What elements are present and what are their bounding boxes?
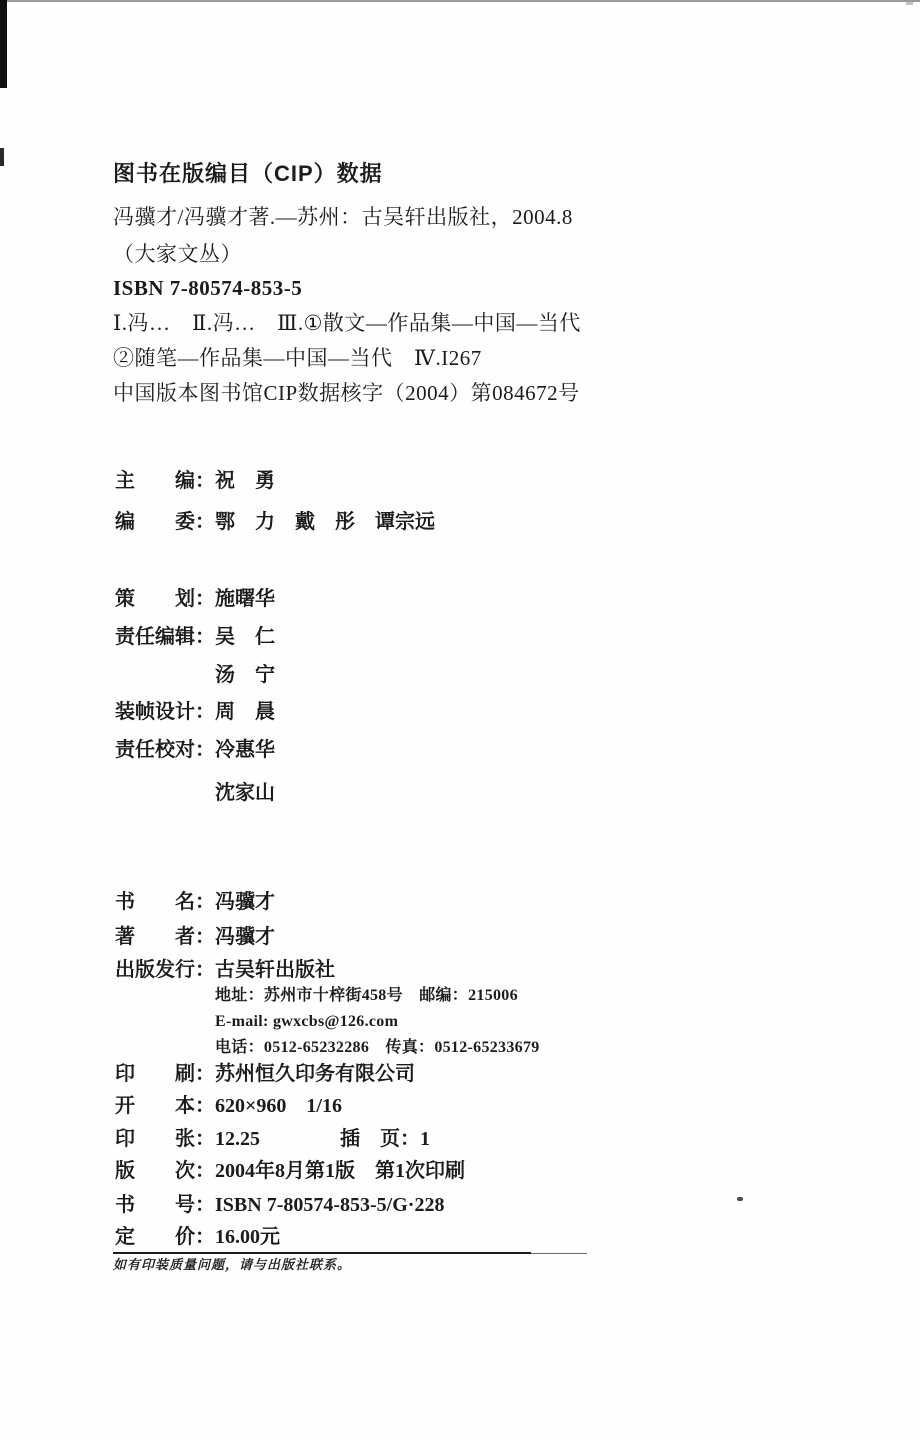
colophon-label: 书 名： (115, 891, 215, 913)
staff-role-label: 主 编： (115, 470, 215, 492)
staff-row-proofreader: 责任校对：冷惠华 (115, 739, 275, 761)
colophon-label: 书 号： (115, 1194, 215, 1216)
staff-role-label: 责任编辑： (115, 626, 215, 648)
colophon-row-author: 著 者：冯骥才 (115, 926, 275, 948)
staff-role-label: 责任校对： (115, 739, 215, 761)
colophon-label: 开 本： (115, 1095, 215, 1117)
colophon-value: 冯骥才 (215, 926, 275, 948)
footer-divider-extension (531, 1253, 587, 1254)
staff-row-design: 装帧设计：周 晨 (115, 701, 275, 723)
staff-names: 冷惠华 (215, 739, 275, 761)
colophon-row-book-number: 书 号：ISBN 7-80574-853-5/G·228 (115, 1194, 444, 1216)
colophon-label: 版 次： (115, 1160, 215, 1182)
colophon-value: 2004年8月第1版 第1次印刷 (215, 1160, 465, 1182)
colophon-row-price: 定 价：16.00元 (115, 1226, 280, 1248)
staff-row-chief-editor: 主 编：祝 勇 (115, 470, 275, 492)
colophon-value: 苏州恒久印务有限公司 (215, 1063, 415, 1085)
staff-names: 祝 勇 (215, 470, 275, 492)
colophon-label: 印 刷： (115, 1063, 215, 1085)
colophon-row-book-title: 书 名：冯骥才 (115, 891, 275, 913)
print-quality-note: 如有印装质量问题，请与出版社联系。 (113, 1258, 351, 1273)
cip-line-classification-2: ②随笔—作品集—中国—当代 Ⅳ.I267 (113, 347, 482, 371)
staff-names: 鄂 力 戴 彤 谭宗远 (215, 511, 435, 533)
staff-names: 沈家山 (215, 782, 275, 804)
colophon-label: 印 张： (115, 1128, 215, 1150)
cip-title: 图书在版编目（CIP）数据 (113, 162, 383, 187)
scan-artifact-top-edge (0, 0, 920, 2)
staff-names: 施曙华 (215, 588, 275, 610)
colophon-label: 著 者： (115, 926, 215, 948)
colophon-row-edition: 版 次：2004年8月第1版 第1次印刷 (115, 1160, 465, 1182)
cip-line-registration-number: 中国版本图书馆CIP数据核字（2004）第084672号 (113, 382, 580, 406)
publisher-phone-line: 电话：0512-65232286 传真：0512-65233679 (215, 1039, 540, 1057)
colophon-value: ISBN 7-80574-853-5/G·228 (215, 1194, 444, 1216)
scan-artifact-left-bar (0, 0, 7, 88)
staff-row-responsible-editor-2: 汤 宁 (115, 664, 275, 686)
book-copyright-page: 图书在版编目（CIP）数据 冯骥才/冯骥才著.—苏州：古吴轩出版社，2004.8… (0, 0, 920, 1439)
cip-line-isbn: ISBN 7-80574-853-5 (113, 277, 302, 301)
publisher-email-line: E-mail: gwxcbs@126.com (215, 1013, 398, 1031)
staff-role-label: 策 划： (115, 588, 215, 610)
colophon-value: 620×960 1/16 (215, 1095, 342, 1117)
staff-row-editorial-board: 编 委：鄂 力 戴 彤 谭宗远 (115, 511, 435, 533)
staff-role-label: 装帧设计： (115, 701, 215, 723)
colophon-row-sheets: 印 张：12.25 插 页：1 (115, 1128, 430, 1150)
colophon-row-publisher: 出版发行：古吴轩出版社 (115, 959, 335, 981)
cip-line-description: 冯骥才/冯骥才著.—苏州：古吴轩出版社，2004.8 (113, 206, 573, 230)
colophon-label: 定 价： (115, 1226, 215, 1248)
colophon-label: 出版发行： (115, 959, 215, 981)
colophon-value: 冯骥才 (215, 891, 275, 913)
colophon-row-printer: 印 刷：苏州恒久印务有限公司 (115, 1063, 415, 1085)
scan-artifact-corner-speck (906, 2, 913, 5)
staff-row-planner: 策 划：施曙华 (115, 588, 275, 610)
staff-role-label: 编 委： (115, 511, 215, 533)
staff-row-responsible-editor: 责任编辑：吴 仁 (115, 626, 275, 648)
scan-artifact-left-tick (0, 148, 4, 166)
scan-artifact-dot (737, 1197, 743, 1201)
cip-line-classification-1: Ⅰ.冯… Ⅱ.冯… Ⅲ.①散文—作品集—中国—当代 (113, 312, 581, 336)
colophon-value: 12.25 插 页：1 (215, 1128, 430, 1150)
footer-divider (113, 1252, 531, 1254)
staff-names: 汤 宁 (215, 664, 275, 686)
staff-names: 周 晨 (215, 701, 275, 723)
staff-row-proofreader-2: 沈家山 (115, 782, 275, 804)
publisher-address-line: 地址：苏州市十梓街458号 邮编：215006 (215, 987, 518, 1005)
colophon-value: 古吴轩出版社 (215, 959, 335, 981)
colophon-row-format: 开 本：620×960 1/16 (115, 1095, 342, 1117)
colophon-value: 16.00元 (215, 1226, 280, 1248)
staff-names: 吴 仁 (215, 626, 275, 648)
cip-line-series: （大家文丛） (113, 243, 242, 267)
